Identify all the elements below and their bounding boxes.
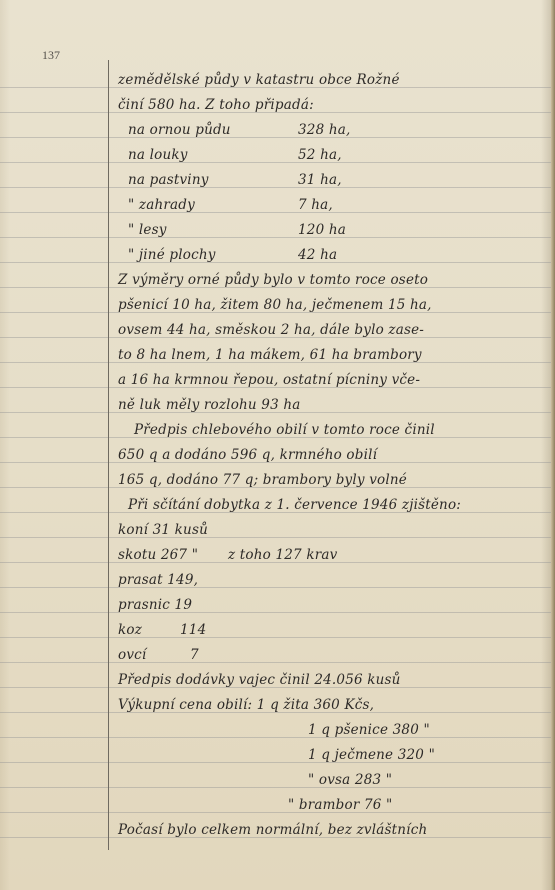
text-line: Výkupní cena obilí: 1 q žita 360 Kčs, bbox=[118, 693, 548, 718]
price-row: " ovsa 283 " bbox=[118, 768, 548, 793]
land-use-label: " lesy bbox=[128, 218, 298, 243]
land-use-label: " jiné plochy bbox=[128, 243, 298, 268]
livestock-value: 114 bbox=[180, 618, 206, 643]
text-line: Z výměry orné půdy bylo v tomto roce ose… bbox=[118, 268, 548, 293]
ledger-page: 137 zemědělské půdy v katastru obce Rožn… bbox=[0, 0, 555, 890]
page-edge bbox=[551, 0, 555, 890]
land-use-value: 7 ha, bbox=[298, 193, 333, 218]
text-line: pšenicí 10 ha, žitem 80 ha, ječmenem 15 … bbox=[118, 293, 548, 318]
land-use-value: 52 ha, bbox=[298, 143, 342, 168]
margin-line bbox=[108, 60, 109, 850]
land-use-value: 31 ha, bbox=[298, 168, 342, 193]
text-line: 165 q, dodáno 77 q; brambory byly volné bbox=[118, 468, 548, 493]
livestock-row: prasnic 19 bbox=[118, 593, 548, 618]
land-use-row: " lesy120 ha bbox=[118, 218, 548, 243]
price-row: 1 q ječmene 320 " bbox=[118, 743, 548, 768]
land-use-value: 120 ha bbox=[298, 218, 346, 243]
price-row: 1 q pšenice 380 " bbox=[118, 718, 548, 743]
text-line: činí 580 ha. Z toho připadá: bbox=[118, 93, 548, 118]
land-use-value: 42 ha bbox=[298, 243, 337, 268]
land-use-label: na pastviny bbox=[128, 168, 298, 193]
livestock-value: 7 bbox=[190, 643, 199, 668]
livestock-label: koz bbox=[118, 618, 180, 643]
text-line: zemědělské půdy v katastru obce Rožné bbox=[118, 68, 548, 93]
livestock-label: prasat 149, bbox=[118, 568, 198, 593]
page-number: 137 bbox=[42, 48, 60, 63]
text-line: Počasí bylo celkem normální, bez zvláštn… bbox=[118, 818, 548, 843]
land-use-row: " zahrady7 ha, bbox=[118, 193, 548, 218]
land-use-row: na ornou půdu328 ha, bbox=[118, 118, 548, 143]
handwritten-text: zemědělské půdy v katastru obce Rožné či… bbox=[118, 68, 548, 843]
livestock-row: koz114 bbox=[118, 618, 548, 643]
text-line: to 8 ha lnem, 1 ha mákem, 61 ha brambory bbox=[118, 343, 548, 368]
land-use-row: na louky52 ha, bbox=[118, 143, 548, 168]
text-line: Při sčítání dobytka z 1. července 1946 z… bbox=[118, 493, 548, 518]
land-use-row: na pastviny31 ha, bbox=[118, 168, 548, 193]
land-use-label: na louky bbox=[128, 143, 298, 168]
livestock-row: skotu 267 "z toho 127 krav bbox=[118, 543, 548, 568]
land-use-label: na ornou půdu bbox=[128, 118, 298, 143]
livestock-row: ovcí7 bbox=[118, 643, 548, 668]
text-line: Předpis dodávky vajec činil 24.056 kusů bbox=[118, 668, 548, 693]
text-line: ovsem 44 ha, směskou 2 ha, dále bylo zas… bbox=[118, 318, 548, 343]
land-use-row: " jiné plochy42 ha bbox=[118, 243, 548, 268]
text-line: ně luk měly rozlohu 93 ha bbox=[118, 393, 548, 418]
livestock-label: prasnic 19 bbox=[118, 593, 192, 618]
livestock-label: skotu 267 " bbox=[118, 543, 228, 568]
livestock-row: prasat 149, bbox=[118, 568, 548, 593]
land-use-value: 328 ha, bbox=[298, 118, 351, 143]
text-line: Předpis chlebového obilí v tomto roce či… bbox=[118, 418, 548, 443]
livestock-label: ovcí bbox=[118, 643, 190, 668]
text-line: a 16 ha krmnou řepou, ostatní pícniny vč… bbox=[118, 368, 548, 393]
text-line: koní 31 kusů bbox=[118, 518, 548, 543]
text-line: 650 q a dodáno 596 q, krmného obilí bbox=[118, 443, 548, 468]
land-use-label: " zahrady bbox=[128, 193, 298, 218]
livestock-note: z toho 127 krav bbox=[228, 543, 337, 568]
price-row: " brambor 76 " bbox=[118, 793, 548, 818]
